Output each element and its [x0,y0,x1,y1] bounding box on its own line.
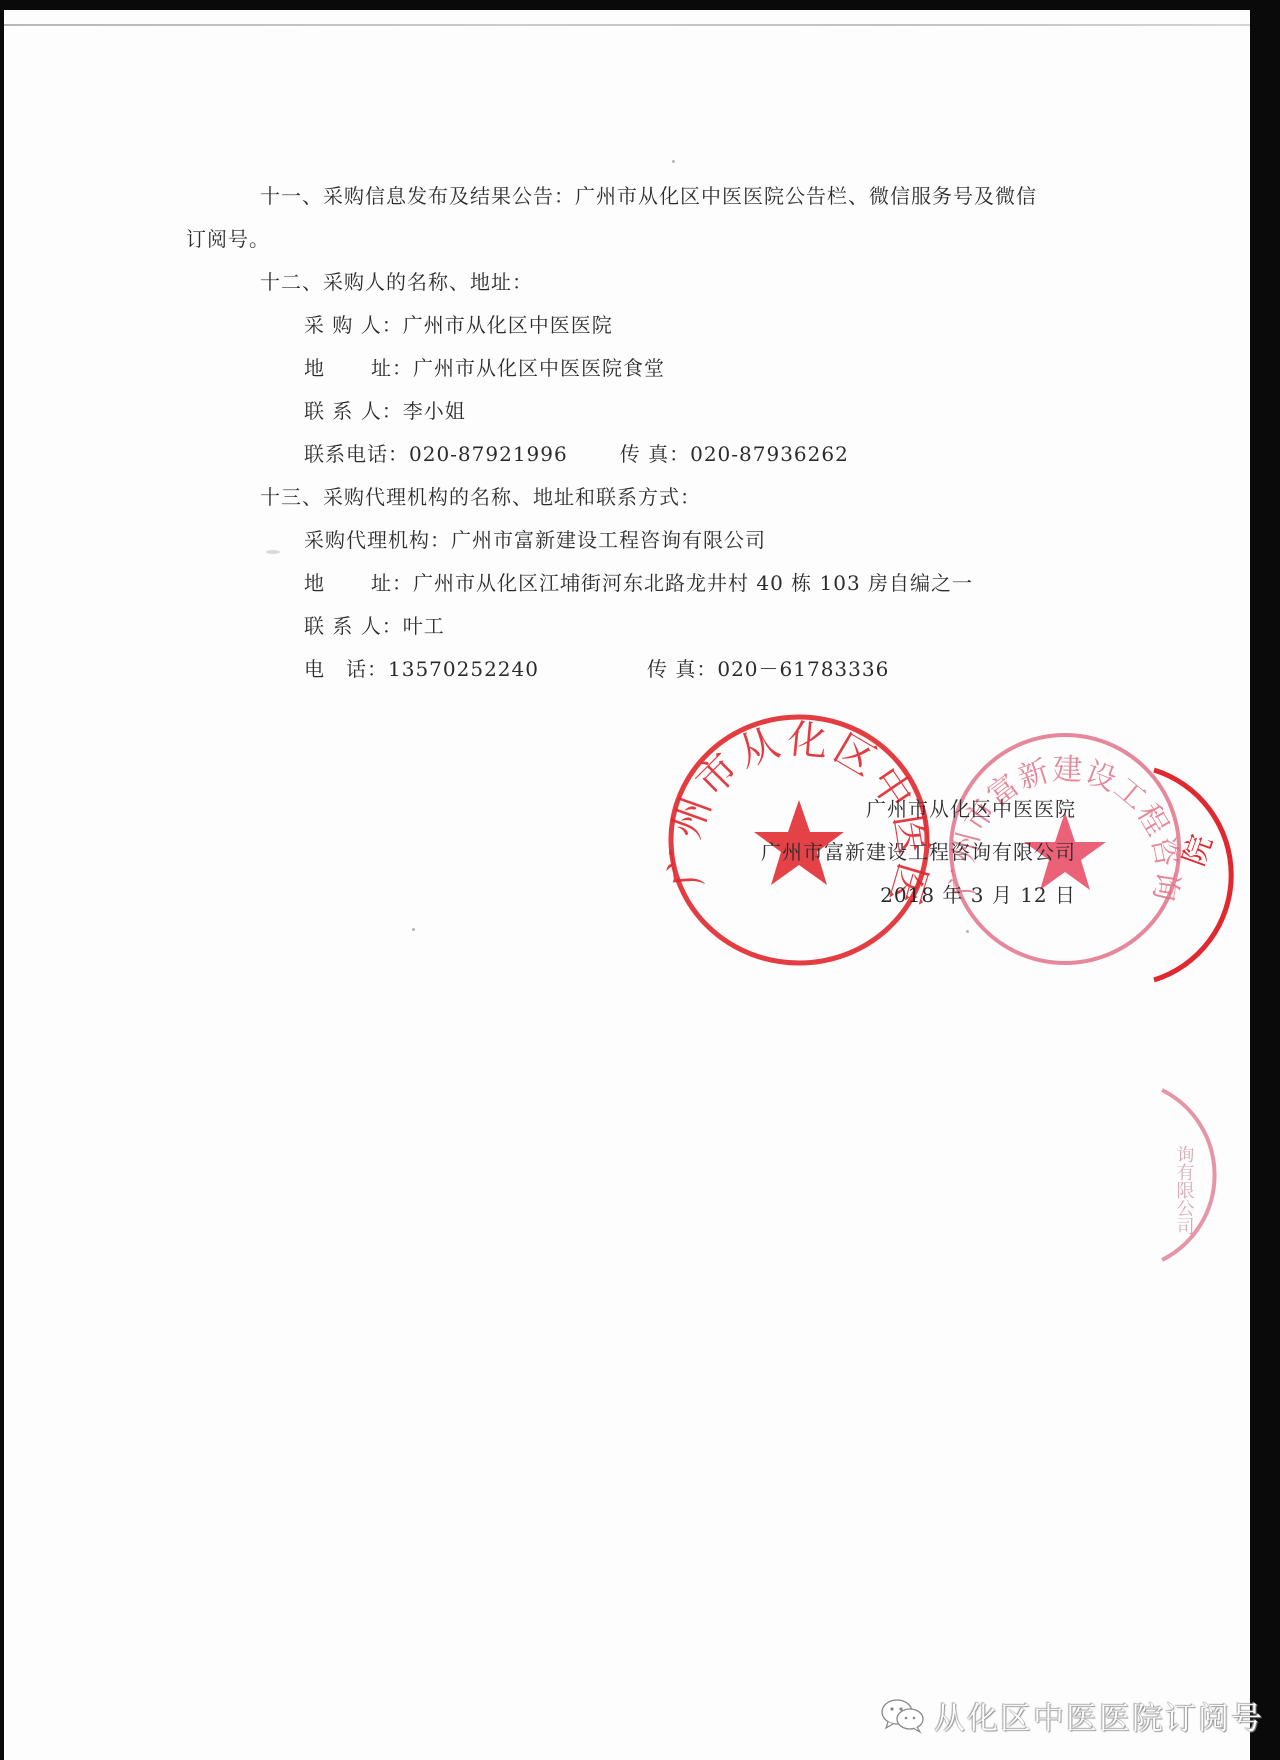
address-label-b: 址： [371,567,413,596]
wechat-icon [880,1698,926,1734]
page-edge-line [4,24,1266,26]
section-11-heading: 十一、采购信息发布及结果公告：广州市从化区中医医院公告栏、微信服务号及微信 [260,180,1037,209]
phone-label: 联系电话： [304,438,409,467]
agency-value: 广州市富新建设工程咨询有限公司 [451,528,766,552]
partial-seal-edge-2-text: 询有限公司 [1174,1145,1195,1235]
document-page: 十一、采购信息发布及结果公告：广州市从化区中医医院公告栏、微信服务号及微信 订阅… [4,10,1266,1760]
purchaser-row: 采 购 人：广州市从化区中医医院 [304,309,613,338]
section-13-heading: 十三、采购代理机构的名称、地址和联系方式： [260,481,701,510]
partial-seal-edge-1-text: 院 [1177,830,1220,870]
signature-date: 2018 年 3 月 12 日 [716,879,1076,908]
agency-label: 采购代理机构： [304,524,451,553]
purchaser-fax-value: 020-87936262 [690,442,849,466]
watermark-text: 从化区中医医院订阅号 [934,1693,1264,1738]
agency-contact-row: 联 系 人：叶工 [304,610,445,639]
purchaser-contact-row: 联 系 人：李小姐 [304,395,466,424]
partial-seal-edge-2: 询有限公司 [1154,1085,1254,1265]
agency-fax-value: 020－61783336 [717,657,889,681]
partial-seal-edge-1: 院 [1134,765,1254,985]
scan-speck [672,160,675,163]
address-label-a: 地 [304,352,325,381]
address-label-a: 地 [304,567,325,596]
agency-row: 采购代理机构：广州市富新建设工程咨询有限公司 [304,524,766,553]
purchaser-label: 采 购 人： [304,309,403,338]
fax-label: 传 真： [620,438,690,467]
fax-label: 传 真： [647,653,717,682]
contact-label: 联 系 人： [304,610,403,639]
phone-label: 电 话： [304,653,388,682]
purchaser-phone-row: 联系电话：020-87921996传 真：020-87936262 [304,438,849,467]
purchaser-phone-value: 020-87921996 [409,442,568,466]
contact-label: 联 系 人： [304,395,403,424]
section-12-heading: 十二、采购人的名称、地址： [260,266,533,295]
signature-org-1: 广州市从化区中医医院 [716,793,1076,822]
purchaser-contact-value: 李小姐 [403,399,466,423]
section-11-continuation: 订阅号。 [186,223,270,252]
scan-speck [266,550,280,554]
agency-contact-value: 叶工 [403,614,445,638]
agency-phone-value: 13570252240 [388,657,539,681]
purchaser-value: 广州市从化区中医医院 [403,313,613,337]
agency-phone-row: 电 话：13570252240传 真：020－61783336 [304,653,889,682]
watermark: 从化区中医医院订阅号 [880,1693,1264,1738]
agency-address-value: 广州市从化区江埔街河东北路龙井村 40 栋 103 房自编之一 [413,571,973,595]
address-label-b: 址： [371,352,413,381]
signature-org-2: 广州市富新建设工程咨询有限公司 [716,836,1076,865]
purchaser-address-value: 广州市从化区中医医院食堂 [413,356,665,380]
scan-speck [966,930,969,933]
scan-speck [412,928,415,931]
agency-address-row: 地址：广州市从化区江埔街河东北路龙井村 40 栋 103 房自编之一 [304,567,973,596]
purchaser-address-row: 地址：广州市从化区中医医院食堂 [304,352,665,381]
